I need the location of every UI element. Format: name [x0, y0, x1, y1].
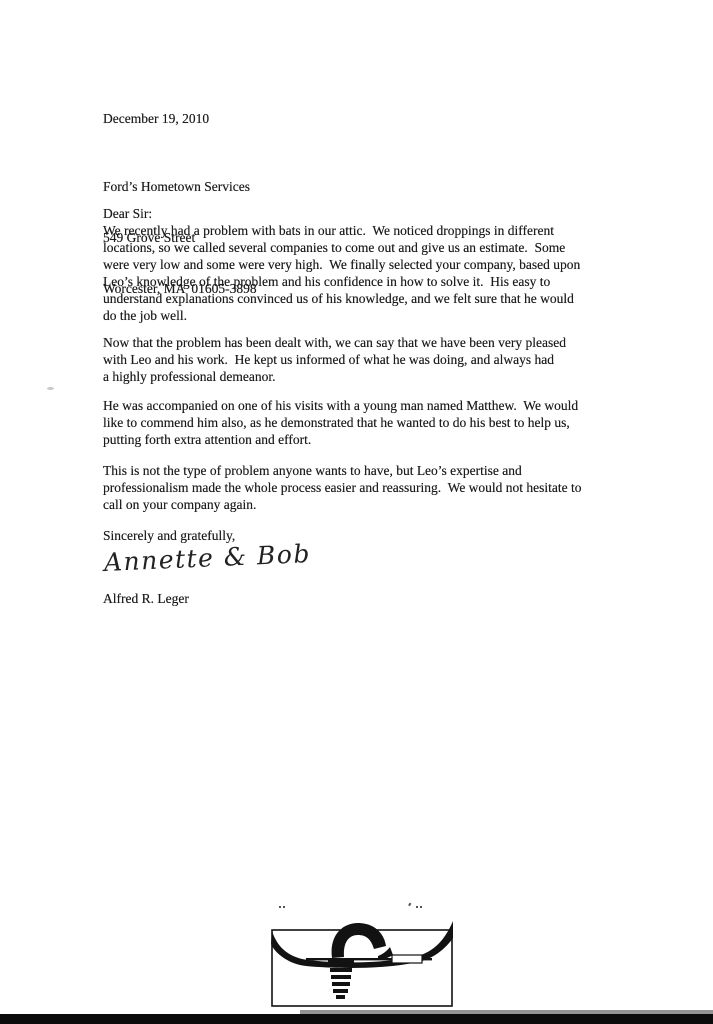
- paragraph-3: He was accompanied on one of his visits …: [103, 397, 578, 448]
- salutation: Dear Sir:: [103, 205, 152, 222]
- paragraph-1: We recently had a problem with bats in o…: [103, 222, 580, 324]
- paragraph-4: This is not the type of problem anyone w…: [103, 462, 582, 513]
- handwritten-signature: Annette & Bob: [103, 539, 311, 577]
- letter-date: December 19, 2010: [103, 110, 209, 127]
- signer-name: Alfred R. Leger: [103, 590, 189, 607]
- logo-box-outline: [272, 930, 452, 1006]
- bat-head: [332, 923, 386, 958]
- logo-slot: [392, 955, 422, 963]
- closing: Sincerely and gratefully,: [103, 527, 235, 544]
- scan-artifact: [47, 387, 54, 390]
- paragraph-2: Now that the problem has been dealt with…: [103, 334, 566, 385]
- scanned-letter-page: December 19, 2010 Ford’s Hometown Servic…: [0, 0, 713, 1024]
- recipient-name: Ford’s Hometown Services: [103, 178, 257, 195]
- scan-speck-group: [279, 903, 422, 908]
- bat-logo: [266, 898, 456, 1010]
- scan-edge-bar: [0, 1014, 713, 1024]
